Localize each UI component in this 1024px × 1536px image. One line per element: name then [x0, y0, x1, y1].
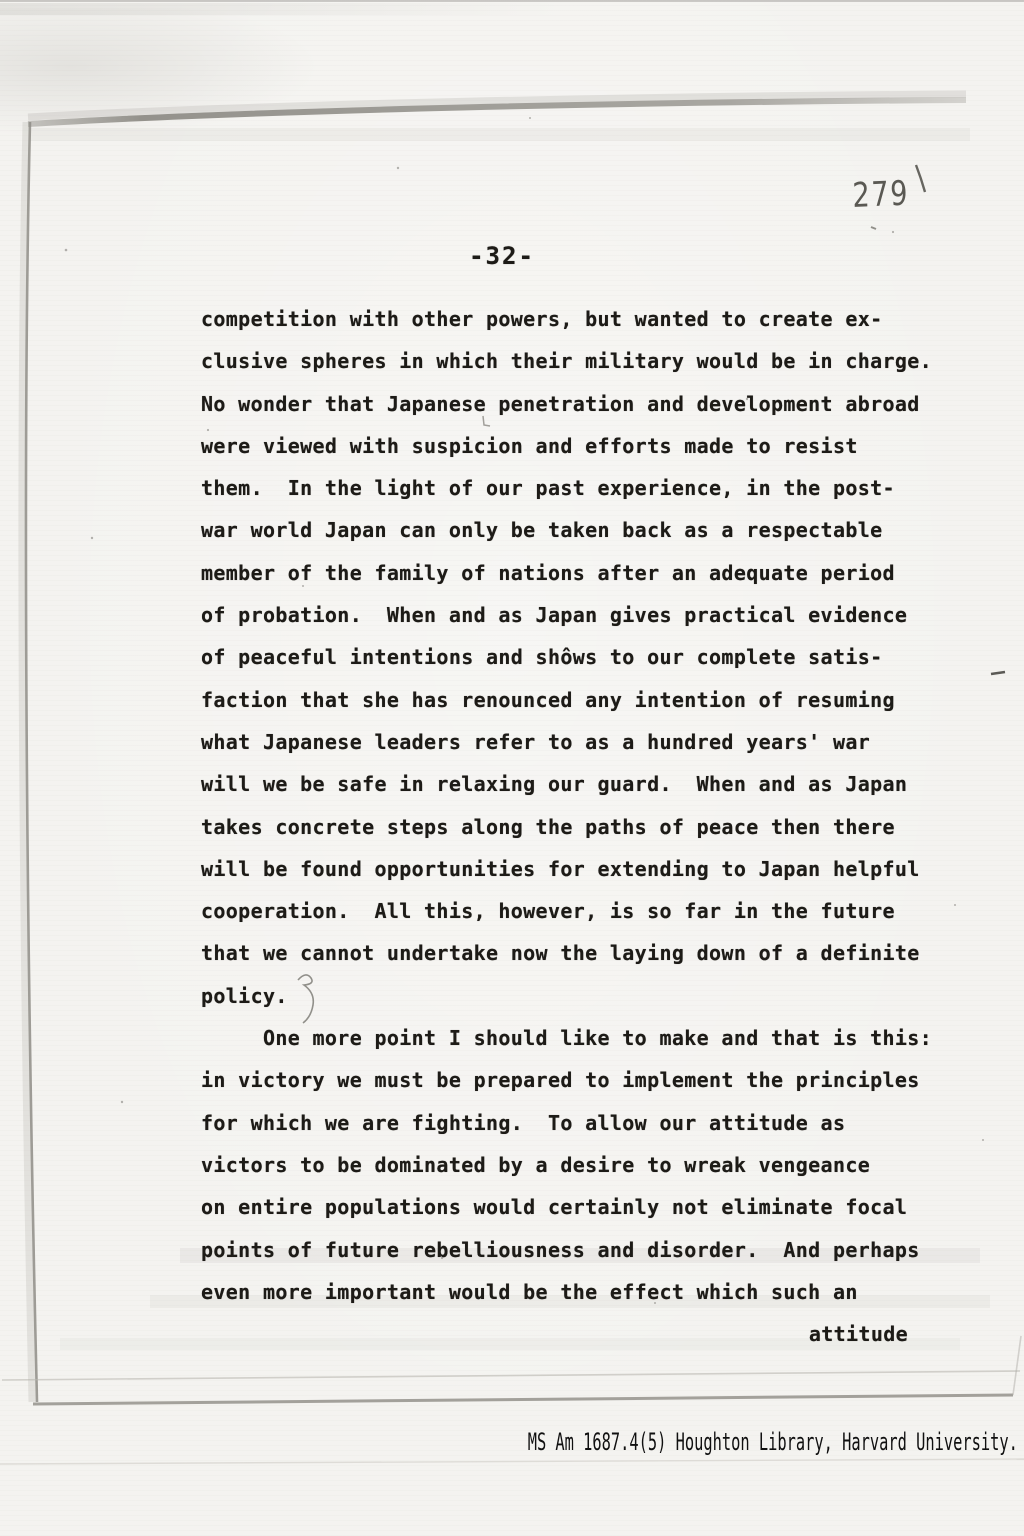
scan-smudge — [0, 0, 1024, 2]
typescript-line: clusive spheres in which their military … — [201, 340, 938, 382]
handwritten-folio-number: 279 — [852, 174, 910, 216]
typescript-line: in victory we must be prepared to implem… — [201, 1059, 938, 1101]
library-attribution-caption: MS Am 1687.4(5) Houghton Library, Harvar… — [528, 1429, 1018, 1455]
typescript-line: them. In the light of our past experienc… — [201, 467, 938, 509]
pencil-dot — [871, 227, 876, 229]
typescript-line: victors to be dominated by a desire to w… — [201, 1144, 938, 1186]
typescript-line: One more point I should like to make and… — [201, 1017, 938, 1059]
typescript-line: competition with other powers, but wante… — [201, 298, 938, 340]
page-left-edge — [26, 122, 37, 1402]
typescript-line: policy. — [201, 975, 938, 1017]
page-bottom-edge — [33, 1395, 1013, 1404]
scanned-document-page: 279 -32- competition with other powers, … — [0, 0, 1024, 1536]
typed-page-number: -32- — [0, 242, 1004, 270]
typescript-line: war world Japan can only be taken back a… — [201, 509, 938, 551]
page-left-edge-soft — [22, 122, 32, 1402]
typescript-line: of peaceful intentions and shôws to our … — [201, 636, 938, 678]
typescript-line: were viewed with suspicion and efforts m… — [201, 425, 938, 467]
typescript-line: points of future rebelliousness and diso… — [201, 1229, 938, 1271]
typescript-line: on entire populations would certainly no… — [201, 1186, 938, 1228]
scan-smudge — [0, 8, 320, 138]
typescript-line: of probation. When and as Japan gives pr… — [201, 594, 938, 636]
scan-smudge — [0, 3, 560, 15]
catchword: attitude — [201, 1313, 938, 1355]
caption-baseline-faint — [0, 1459, 1024, 1464]
typescript-line: member of the family of nations after an… — [201, 552, 938, 594]
typescript-line: No wonder that Japanese penetration and … — [201, 383, 938, 425]
fold-line — [2, 1371, 1020, 1380]
typescript-line: what Japanese leaders refer to as a hund… — [201, 721, 938, 763]
typescript-line: will we be safe in relaxing our guard. W… — [201, 763, 938, 805]
typescript-line: cooperation. All this, however, is so fa… — [201, 890, 938, 932]
typescript-line: that we cannot undertake now the laying … — [201, 932, 938, 974]
typescript-line: takes concrete steps along the paths of … — [201, 806, 938, 848]
typescript-line: for which we are fighting. To allow our … — [201, 1102, 938, 1144]
page-corner-right — [1013, 1336, 1021, 1395]
pencil-slash-mark — [916, 165, 925, 192]
stray-dash-mark — [991, 672, 1005, 674]
typescript-line: even more important would be the effect … — [201, 1271, 938, 1313]
typescript-line: faction that she has renounced any inten… — [201, 679, 938, 721]
typescript-body: competition with other powers, but wante… — [201, 298, 938, 1355]
page-top-edge — [28, 100, 966, 124]
scan-smudge — [30, 128, 970, 141]
page-top-edge-soft — [28, 94, 966, 117]
typescript-line: will be found opportunities for extendin… — [201, 848, 938, 890]
